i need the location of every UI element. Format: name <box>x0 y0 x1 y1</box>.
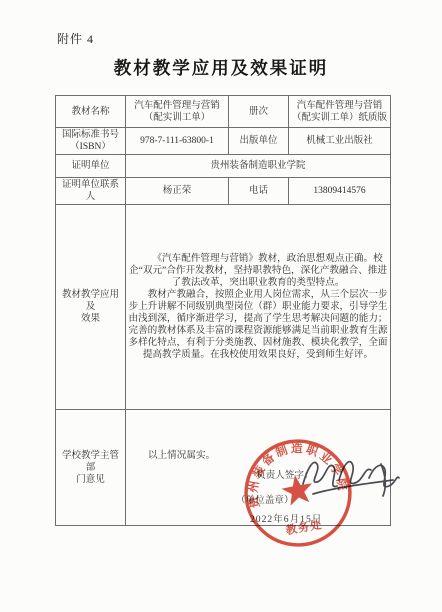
seal-label: （单位盖章） <box>236 495 294 507</box>
opinion-content: 以上情况属实。 负责人签字： （单位盖章） 2022年6月15日 <box>126 410 391 526</box>
table-row: 证明单位 贵州装备制造职业学院 <box>56 155 391 178</box>
cert-unit-label: 证明单位 <box>56 155 126 178</box>
opinion-note: 以上情况属实。 <box>148 450 215 462</box>
effect-paragraph: 教材产教融合，按照企业用人岗位需求，从三个层次一步步上升讲解不同级别典型岗位（群… <box>128 289 388 361</box>
phone-label: 电话 <box>229 178 289 205</box>
phone-value: 13809414576 <box>289 178 391 205</box>
publisher-label: 出版单位 <box>229 128 289 155</box>
volume-value: 汽车配件管理与营销 （配实训工单）纸质版 <box>289 96 391 128</box>
effect-paragraph: 《汽车配件管理与营销》教材，政治思想观点正确。校企“双元”合作开发教材，坚持职教… <box>128 253 388 289</box>
table-row: 国际标准书号 （ISBN） 978-7-111-63800-1 出版单位 机械工… <box>56 128 391 155</box>
sign-label: 负责人签字： <box>256 470 314 482</box>
textbook-name-value: 汽车配件管理与营销 （配实训工单） <box>126 96 229 128</box>
contact-value: 杨正荣 <box>126 178 229 205</box>
effect-label: 教材教学应用及 效果 <box>56 205 126 410</box>
attachment-label: 附件 4 <box>57 30 94 47</box>
table-row: 证明单位联系人 杨正荣 电话 13809414576 <box>56 178 391 205</box>
volume-label: 册次 <box>229 96 289 128</box>
isbn-label: 国际标准书号 （ISBN） <box>56 128 126 155</box>
certificate-table: 教材名称 汽车配件管理与营销 （配实训工单） 册次 汽车配件管理与营销 （配实训… <box>55 95 391 526</box>
contact-label: 证明单位联系人 <box>56 178 126 205</box>
opinion-label: 学校教学主管部 门意见 <box>56 410 126 526</box>
publisher-value: 机械工业出版社 <box>289 128 391 155</box>
scanned-certificate-page: { "page": { "attachment": "附件 4", "title… <box>0 0 442 612</box>
date-text: 2022年6月15日 <box>250 514 322 526</box>
table-row: 教材名称 汽车配件管理与营销 （配实训工单） 册次 汽车配件管理与营销 （配实训… <box>56 96 391 128</box>
effect-content: 《汽车配件管理与营销》教材，政治思想观点正确。校企“双元”合作开发教材，坚持职教… <box>126 205 391 410</box>
table-row: 教材教学应用及 效果 《汽车配件管理与营销》教材，政治思想观点正确。校企“双元”… <box>56 205 391 410</box>
textbook-name-label: 教材名称 <box>56 96 126 128</box>
isbn-value: 978-7-111-63800-1 <box>126 128 229 155</box>
table-row: 学校教学主管部 门意见 以上情况属实。 负责人签字： （单位盖章） 2022年6… <box>56 410 391 526</box>
page-title: 教材教学应用及效果证明 <box>0 55 442 80</box>
cert-unit-value: 贵州装备制造职业学院 <box>126 155 391 178</box>
